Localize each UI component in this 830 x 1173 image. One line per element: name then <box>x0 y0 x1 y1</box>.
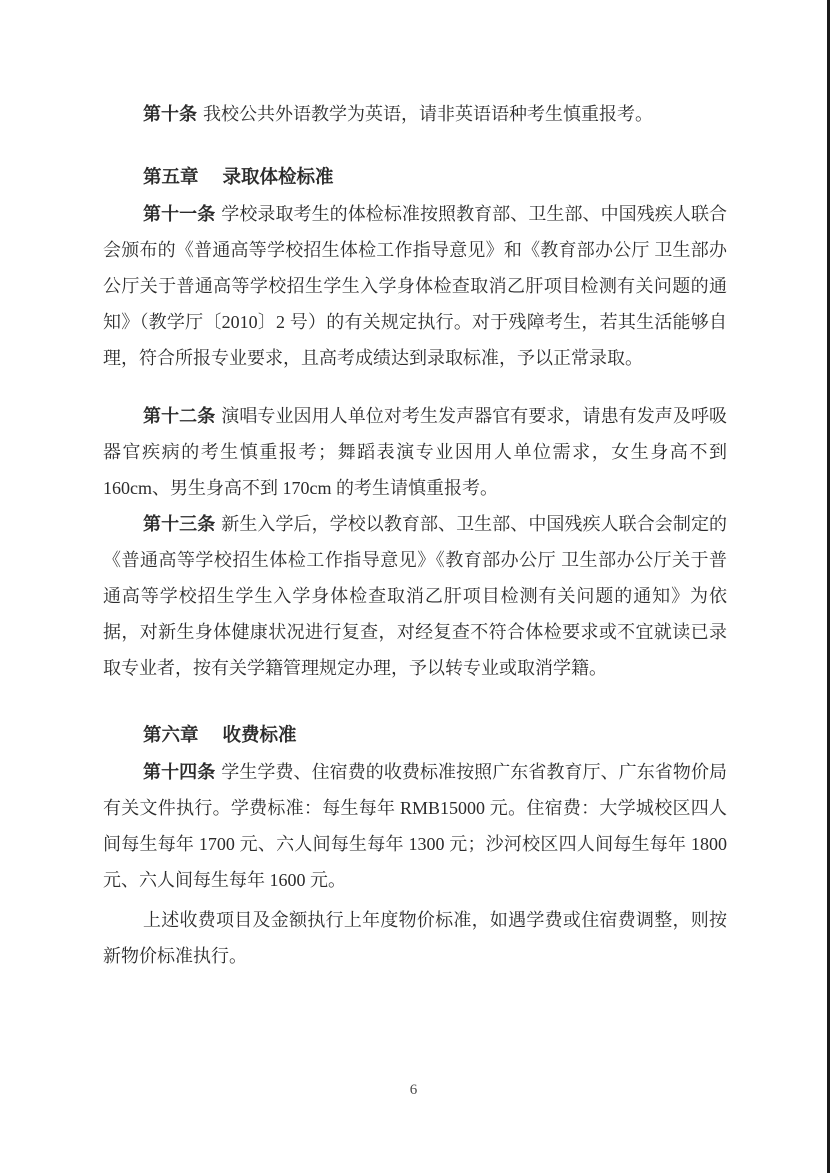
chapter-6-title: 收费标准 <box>223 726 297 746</box>
closing-paragraph-text: 上述收费项目及金额执行上年度物价标准，如遇学费或住宿费调整，则按新物价标准执行。 <box>103 910 727 966</box>
document-body: 第十条我校公共外语教学为英语，请非英语语种考生慎重报考。 第五章录取体检标准 第… <box>103 96 727 974</box>
article-11-text: 学校录取考生的体检标准按照教育部、卫生部、中国残疾人联合会颁布的《普通高等学校招… <box>103 204 727 368</box>
article-10-number: 第十条 <box>143 104 197 124</box>
article-10: 第十条我校公共外语教学为英语，请非英语语种考生慎重报考。 <box>103 96 727 132</box>
article-12: 第十二条演唱专业因用人单位对考生发声器官有要求，请患有发声及呼吸器官疾病的考生慎… <box>103 398 727 506</box>
article-11-number: 第十一条 <box>143 204 215 224</box>
article-13-number: 第十三条 <box>143 514 215 534</box>
chapter-5-heading: 第五章录取体检标准 <box>103 160 727 196</box>
closing-paragraph: 上述收费项目及金额执行上年度物价标准，如遇学费或住宿费调整，则按新物价标准执行。 <box>103 902 727 974</box>
article-14-number: 第十四条 <box>143 762 215 782</box>
chapter-5-title: 录取体检标准 <box>223 168 334 188</box>
chapter-6-number: 第六章 <box>143 726 199 746</box>
chapter-5-number: 第五章 <box>143 168 199 188</box>
article-10-text: 我校公共外语教学为英语，请非英语语种考生慎重报考。 <box>203 104 653 124</box>
article-14: 第十四条学生学费、住宿费的收费标准按照广东省教育厅、广东省物价局有关文件执行。学… <box>103 754 727 898</box>
article-11: 第十一条学校录取考生的体检标准按照教育部、卫生部、中国残疾人联合会颁布的《普通高… <box>103 196 727 376</box>
document-page: 第十条我校公共外语教学为英语，请非英语语种考生慎重报考。 第五章录取体检标准 第… <box>0 0 830 1173</box>
article-13-text: 新生入学后，学校以教育部、卫生部、中国残疾人联合会制定的《普通高等学校招生体检工… <box>103 514 727 678</box>
chapter-6-heading: 第六章收费标准 <box>103 718 727 754</box>
article-12-number: 第十二条 <box>143 406 215 426</box>
page-number: 6 <box>0 1080 827 1100</box>
article-13: 第十三条新生入学后，学校以教育部、卫生部、中国残疾人联合会制定的《普通高等学校招… <box>103 506 727 686</box>
